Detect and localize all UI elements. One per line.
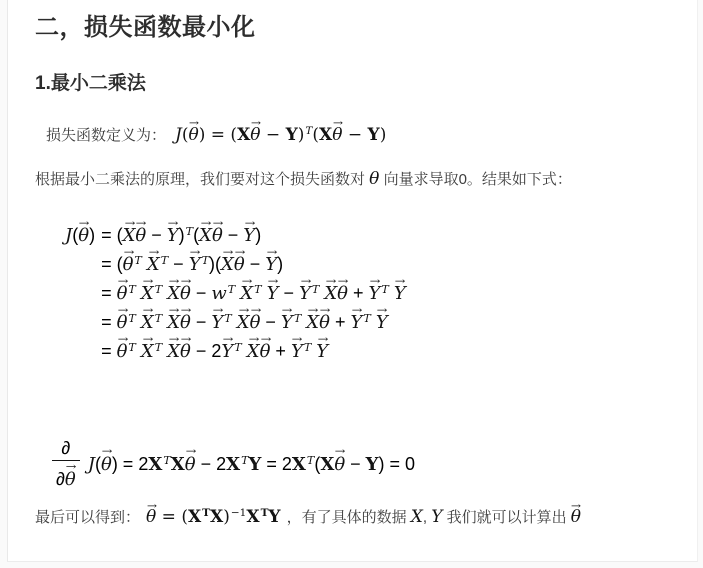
fraction-denominator: ∂θ	[52, 460, 80, 491]
document-content: 二，损失函数最小化 1.最小二乘法 损失函数定义为：J(θ) = (Xθ − Y…	[7, 0, 698, 562]
equation-row-lhs	[65, 337, 95, 366]
fraction-numerator: ∂	[52, 438, 80, 460]
equation-row-rhs: = θT XT Xθ − 2YT Xθ + YT Y	[101, 337, 679, 366]
equation-row-lhs	[65, 308, 95, 337]
equation-row-rhs: = (Xθ − Y)T(Xθ − Y)	[101, 221, 679, 250]
equation-row-lhs	[65, 279, 95, 308]
subsection-heading: 1.最小二乘法	[35, 72, 679, 96]
gradient-equation-body: J(θ) = 2XTXθ − 2XTY = 2XT(Xθ − Y) = 0	[88, 454, 415, 475]
equation-row-lhs	[65, 250, 95, 279]
conclusion-rest: ，有了具体的数据 X, Y 我们就可以计算出 θ	[287, 509, 581, 526]
equation-row-lhs: J(θ)	[65, 221, 95, 250]
conclusion-paragraph: 最后可以得到：θ = (XTX)−1XTY，有了具体的数据 X, Y 我们就可以…	[35, 506, 679, 529]
partial-derivative-fraction: ∂ ∂θ	[52, 438, 80, 490]
loss-definition-formula: J(θ) = (Xθ − Y)T(Xθ − Y)	[175, 125, 386, 145]
conclusion-label: 最后可以得到：	[35, 509, 140, 526]
gradient-equation: ∂ ∂θ J(θ) = 2XTXθ − 2XTY = 2XT(Xθ − Y) =…	[52, 438, 679, 490]
section-heading: 二，损失函数最小化	[35, 13, 679, 43]
conclusion-formula: θ = (XTX)−1XTY	[146, 507, 281, 527]
loss-definition-label: 损失函数定义为：	[46, 127, 166, 144]
equation-row-rhs: = (θT XT − YT)(Xθ − Y)	[101, 250, 679, 279]
derivation-intro-paragraph: 根据最小二乘法的原理，我们要对这个损失函数对 θ 向量求导取0。结果如下式：	[35, 169, 679, 191]
equation-row-rhs: = θT XT Xθ − wT XT Y − YT Xθ + YT Y	[101, 279, 679, 308]
equation-row-rhs: = θT XT Xθ − YT Xθ − YT Xθ + YT Y	[101, 308, 679, 337]
loss-definition-line: 损失函数定义为：J(θ) = (Xθ − Y)T(Xθ − Y)	[35, 120, 679, 151]
derivation-equation-block: J(θ) = (Xθ − Y)T(Xθ − Y) = (θT XT − YT)(…	[65, 221, 679, 366]
